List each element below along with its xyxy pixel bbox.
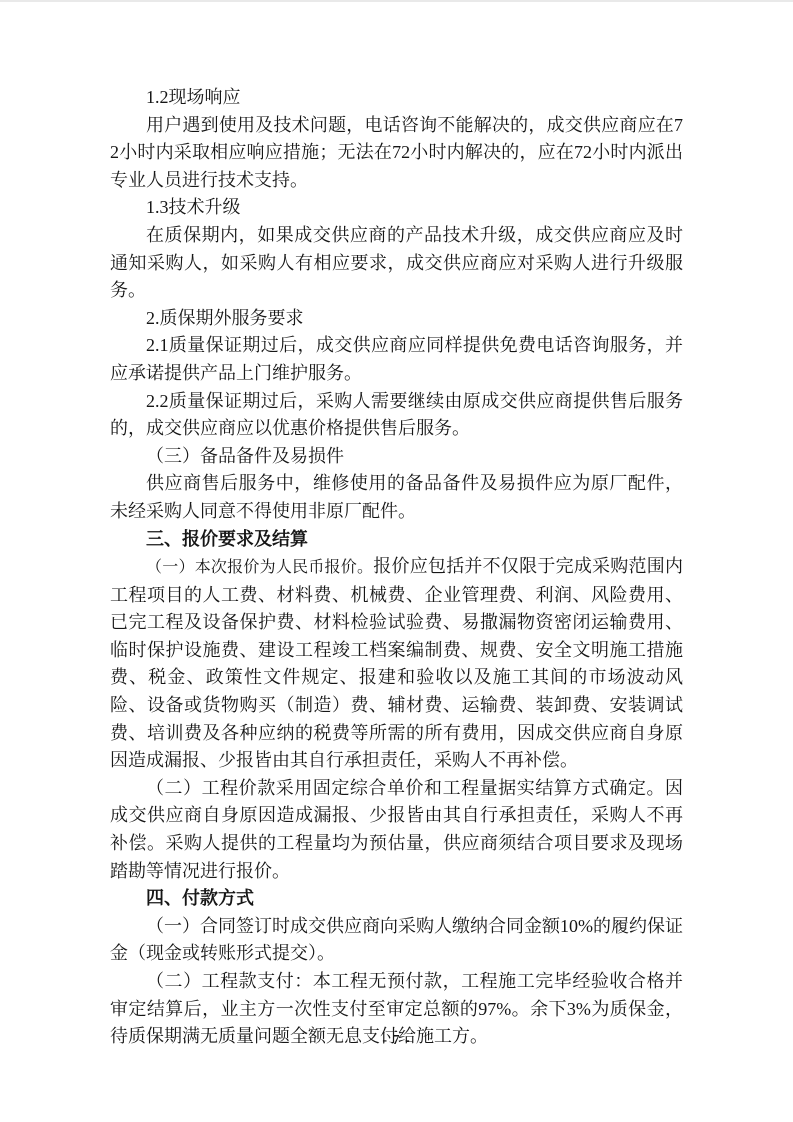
page-top-edge	[0, 0, 793, 2]
paragraph: 在质保期内，如果成交供应商的产品技术升级，成交供应商应及时通知采购人，如采购人有…	[110, 222, 683, 305]
paragraph: （一）本次报价为人民币报价。报价应包括并不仅限于完成采购范围内工程项目的人工费、…	[110, 553, 683, 775]
text-run: （三）备品备件及易损件	[146, 446, 344, 466]
text-run: 2.1质量保证期过后，成交供应商应同样提供免费电话咨询服务，并应承诺提供产品上门…	[110, 335, 683, 383]
paragraph: 2.1质量保证期过后，成交供应商应同样提供免费电话咨询服务，并应承诺提供产品上门…	[110, 332, 683, 387]
paragraph: 1.3技术升级	[110, 194, 683, 222]
text-run: 1.2现场响应	[146, 87, 241, 107]
page-number: - 7 -	[0, 1033, 793, 1049]
text-run: （二）工程价款采用固定综合单价和工程量据实结算方式确定。因成交供应商自身原因造成…	[110, 778, 683, 881]
text-run: （一）合同签订时成交供应商向采购人缴纳合同金额10%的履约保证金（现金或转账形式…	[110, 916, 683, 964]
text-run: 用户遇到使用及技术问题，电话咨询不能解决的，成交供应商应在72小时内采取相应响应…	[110, 115, 683, 190]
text-run: 2.质保期外服务要求	[146, 308, 304, 328]
paragraph: 供应商售后服务中，维修使用的备品备件及易损件应为原厂配件，未经采购人同意不得使用…	[110, 470, 683, 525]
section-heading: 四、付款方式	[110, 885, 683, 913]
paragraph: 1.2现场响应	[110, 84, 683, 112]
text-run: 三、报价要求及结算	[146, 529, 308, 549]
document-body: 1.2现场响应用户遇到使用及技术问题，电话咨询不能解决的，成交供应商应在72小时…	[110, 84, 683, 1051]
text-run: 2.2质量保证期过后，采购人需要继续由原成交供应商提供售后服务的，成交供应商应以…	[110, 391, 683, 439]
text-run: 报价应包括并不仅限于完成采购范围内工程项目的人工费、材料费、机械费、企业管理费、…	[110, 556, 683, 770]
text-run: （一）本次报价为人民币报价。	[146, 559, 373, 576]
text-run: 四、付款方式	[146, 888, 254, 908]
document-page: 1.2现场响应用户遇到使用及技术问题，电话咨询不能解决的，成交供应商应在72小时…	[0, 0, 793, 1122]
paragraph: 2.质保期外服务要求	[110, 305, 683, 333]
text-run: 1.3技术升级	[146, 197, 241, 217]
paragraph: 2.2质量保证期过后，采购人需要继续由原成交供应商提供售后服务的，成交供应商应以…	[110, 388, 683, 443]
paragraph: 用户遇到使用及技术问题，电话咨询不能解决的，成交供应商应在72小时内采取相应响应…	[110, 112, 683, 195]
paragraph: （一）合同签订时成交供应商向采购人缴纳合同金额10%的履约保证金（现金或转账形式…	[110, 913, 683, 968]
text-run: 供应商售后服务中，维修使用的备品备件及易损件应为原厂配件，未经采购人同意不得使用…	[110, 473, 683, 521]
text-run: 在质保期内，如果成交供应商的产品技术升级，成交供应商应及时通知采购人，如采购人有…	[110, 225, 683, 300]
section-heading: 三、报价要求及结算	[110, 526, 683, 554]
paragraph: （三）备品备件及易损件	[110, 443, 683, 471]
paragraph: （二）工程价款采用固定综合单价和工程量据实结算方式确定。因成交供应商自身原因造成…	[110, 775, 683, 885]
